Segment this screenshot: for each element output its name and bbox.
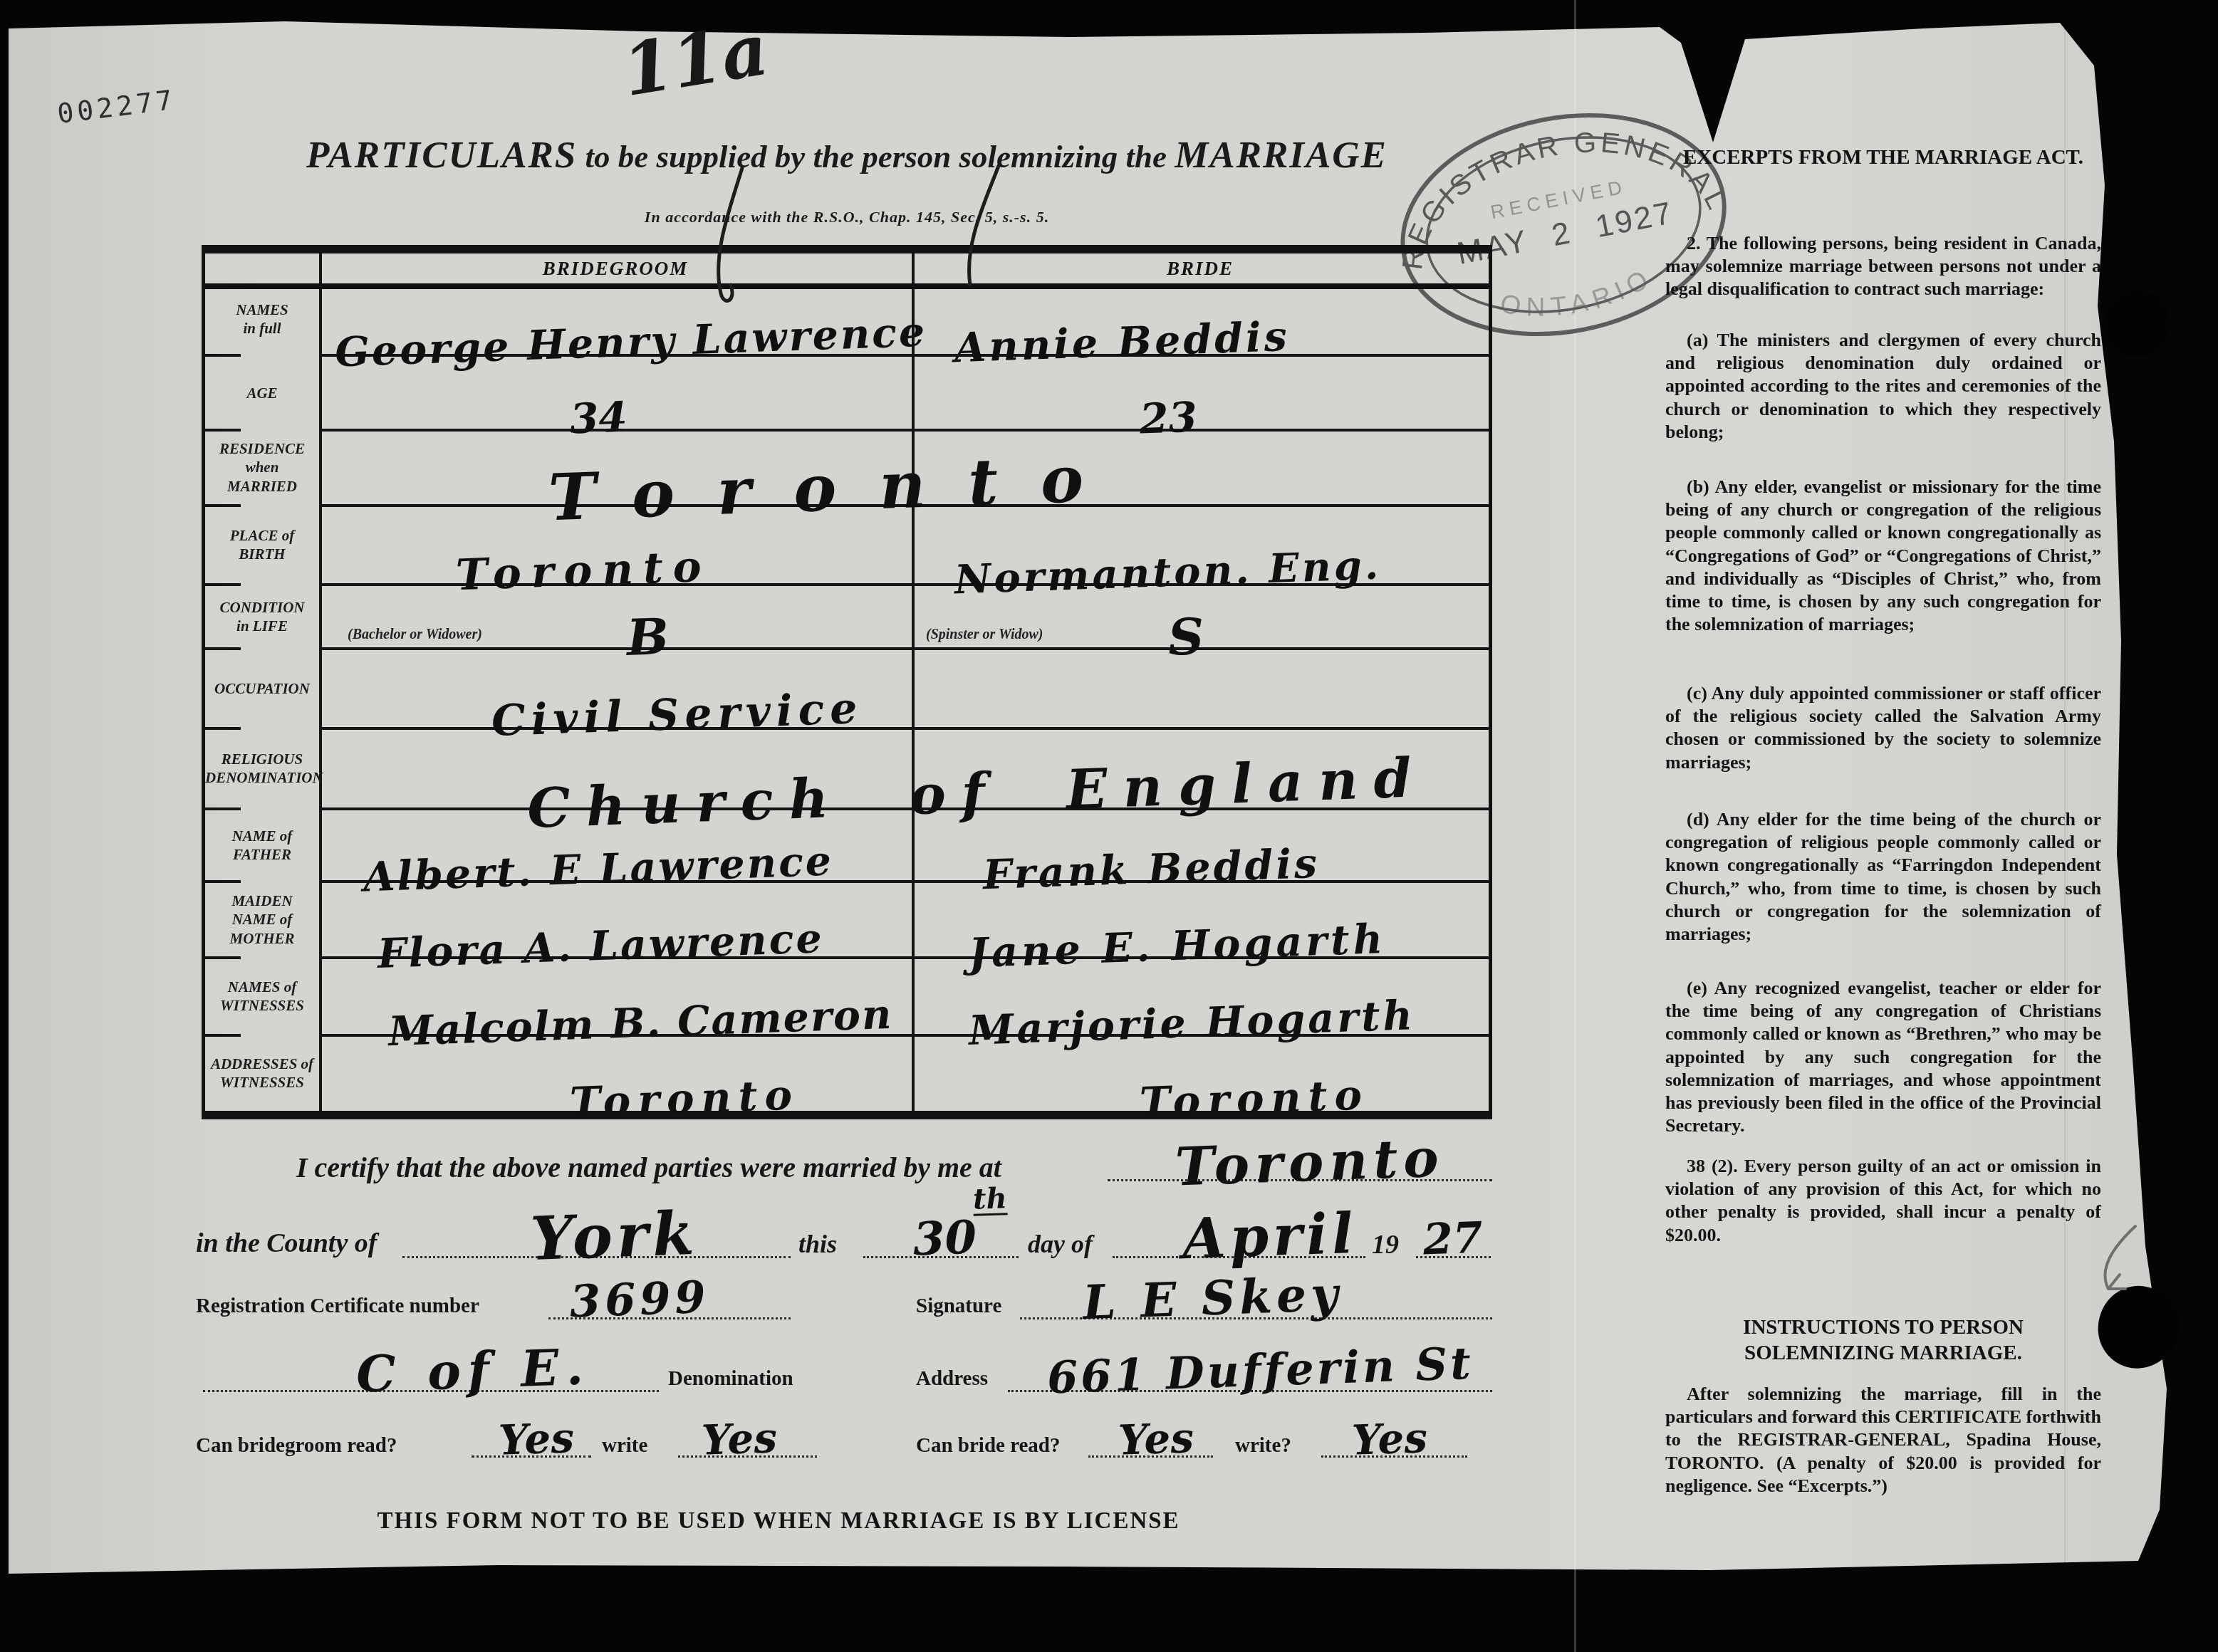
pen-strokes (0, 0, 2218, 1652)
scanned-marriage-record: 11a 002277 PARTICULARS to be supplied by… (0, 0, 2218, 1652)
